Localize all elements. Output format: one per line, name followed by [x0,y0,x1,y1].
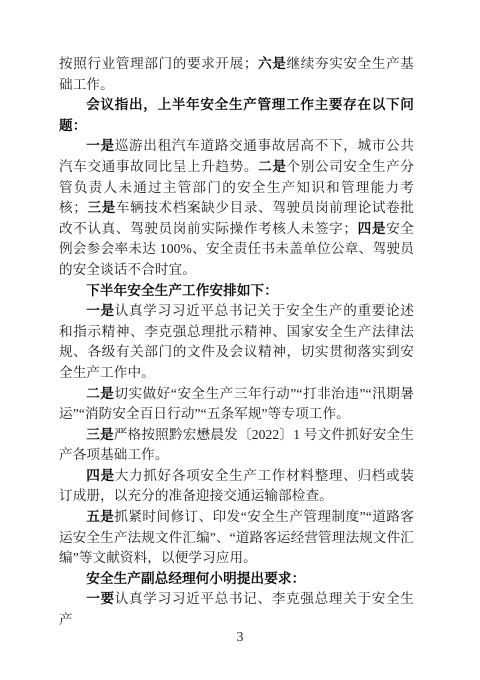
text-segment-bold: 三是 [86,427,114,442]
paragraph: 一要认真学习习近平总书记、李克强总理关于安全生产 [59,589,414,630]
paragraph: 按照行业管理部门的要求开展；六是继续夯实安全生产基础工作。 [59,54,414,95]
document-body: 按照行业管理部门的要求开展；六是继续夯实安全生产基础工作。 会议指出，上半年安全… [59,54,414,631]
paragraph: 五是抓紧时间修订、印发“安全生产管理制度”“道路客运安全生产法规文件汇编”、“道… [59,507,414,569]
text-segment-bold: 四是 [357,221,386,236]
paragraph: 会议指出，上半年安全生产管理工作主要存在以下问题： [59,95,414,136]
text-segment-bold: 二是 [258,159,286,174]
text-segment-bold: 五是 [86,509,114,524]
text-segment-bold: 安全生产副总经理何小明提出要求： [86,571,305,586]
text-segment-bold: 一要 [86,591,115,606]
text-segment: 按照行业管理部门的要求开展； [59,56,258,71]
paragraph: 下半年安全生产工作安排如下： [59,281,414,302]
paragraph: 四是大力抓好各项安全生产工作材料整理、归档或装订成册，以充分的准备迎接交通运输部… [59,466,414,507]
text-segment-bold: 会议指出，上半年安全生产管理工作主要存在以下问题： [59,97,414,133]
text-segment-bold: 下半年安全生产工作安排如下： [86,283,278,298]
paragraph: 一是认真学习习近平总书记关于安全生产的重要论述和指示精神、李克强总理批示精神、国… [59,301,414,383]
text-segment-bold: 一是 [86,303,115,318]
paragraph: 安全生产副总经理何小明提出要求： [59,569,414,590]
document-page: 按照行业管理部门的要求开展；六是继续夯实安全生产基础工作。 会议指出，上半年安全… [0,0,480,680]
paragraph: 二是切实做好“安全生产三年行动”“打非治违”“汛期暑运”“消防安全百日行动”“五… [59,384,414,425]
text-segment-bold: 三是 [87,200,116,215]
text-segment-bold: 二是 [86,386,114,401]
page-number: 3 [0,630,480,646]
text-segment-bold: 六是 [258,56,287,71]
text-segment-bold: 四是 [86,468,115,483]
paragraph: 三是严格按照黔宏懋晨发〔2022〕1 号文件抓好安全生产各项基础工作。 [59,425,414,466]
paragraph: 一是巡游出租汽车道路交通事故居高不下，城市公共汽车交通事故同比呈上升趋势。二是个… [59,136,414,280]
text-segment-bold: 一是 [86,138,115,153]
